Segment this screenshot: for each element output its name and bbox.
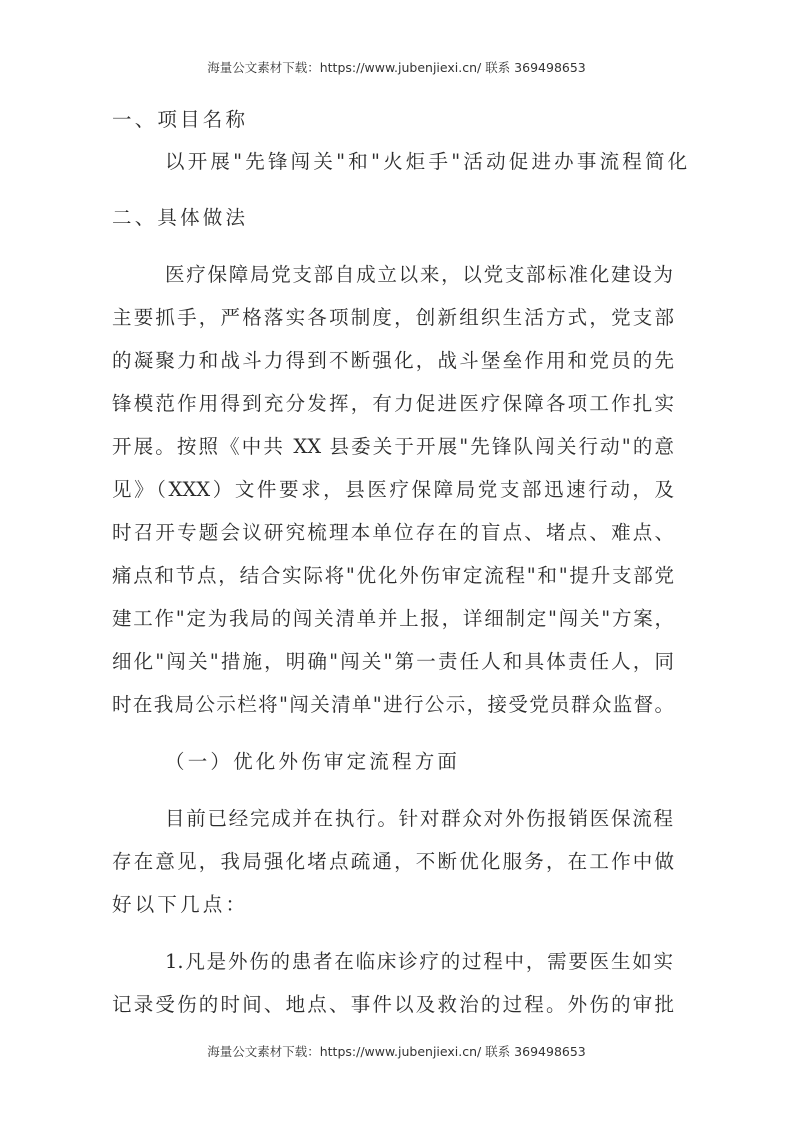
paragraph-line: 记录受伤的时间、地点、事件以及救治的过程。外伤的审批 bbox=[112, 993, 674, 1017]
project-name-text: 以开展"先锋闯关"和"火炬手"活动促进办事流程简化 bbox=[165, 150, 690, 174]
paragraph-line: 见》（XXX）文件要求，县医疗保障局党支部迅速行动，及 bbox=[112, 478, 674, 502]
section-heading-methods: 二、具体做法 bbox=[112, 206, 248, 230]
paragraph-line: 医疗保障局党支部自成立以来，以党支部标准化建设为 bbox=[165, 263, 673, 287]
page-footer: 海量公文素材下载：https://www.jubenjiexi.cn/ 联系 3… bbox=[0, 1042, 793, 1060]
paragraph-line: 开展。按照《中共 XX 县委关于开展"先锋队闯关行动"的意 bbox=[112, 435, 674, 459]
section-heading-project-name: 一、项目名称 bbox=[112, 108, 248, 132]
paragraph-line: 时召开专题会议研究梳理本单位存在的盲点、堵点、难点、 bbox=[112, 521, 674, 545]
paragraph-line: 细化"闯关"措施，明确"闯关"第一责任人和具体责任人，同 bbox=[112, 650, 674, 674]
paragraph-line: 主要抓手，严格落实各项制度，创新组织生活方式，党支部 bbox=[112, 306, 674, 330]
page-header: 海量公文素材下载：https://www.jubenjiexi.cn/ 联系 3… bbox=[0, 58, 793, 76]
paragraph-line: 时在我局公示栏将"闯关清单"进行公示，接受党员群众监督。 bbox=[112, 693, 674, 717]
paragraph-line: 好以下几点： bbox=[112, 893, 248, 917]
paragraph-line: 锋模范作用得到充分发挥，有力促进医疗保障各项工作扎实 bbox=[112, 392, 674, 416]
paragraph-line: 存在意见，我局强化堵点疏通，不断优化服务，在工作中做 bbox=[112, 850, 674, 874]
paragraph-line: 痛点和节点，结合实际将"优化外伤审定流程"和"提升支部党 bbox=[112, 564, 674, 588]
paragraph-line: 的凝聚力和战斗力得到不断强化，战斗堡垒作用和党员的先 bbox=[112, 349, 674, 373]
paragraph-line: 1.凡是外伤的患者在临床诊疗的过程中，需要医生如实 bbox=[165, 950, 673, 974]
subsection-heading-injury-review: （一）优化外伤审定流程方面 bbox=[165, 750, 460, 774]
paragraph-line: 建工作"定为我局的闯关清单并上报，详细制定"闯关"方案， bbox=[112, 607, 674, 631]
paragraph-line: 目前已经完成并在执行。针对群众对外伤报销医保流程 bbox=[165, 807, 673, 831]
